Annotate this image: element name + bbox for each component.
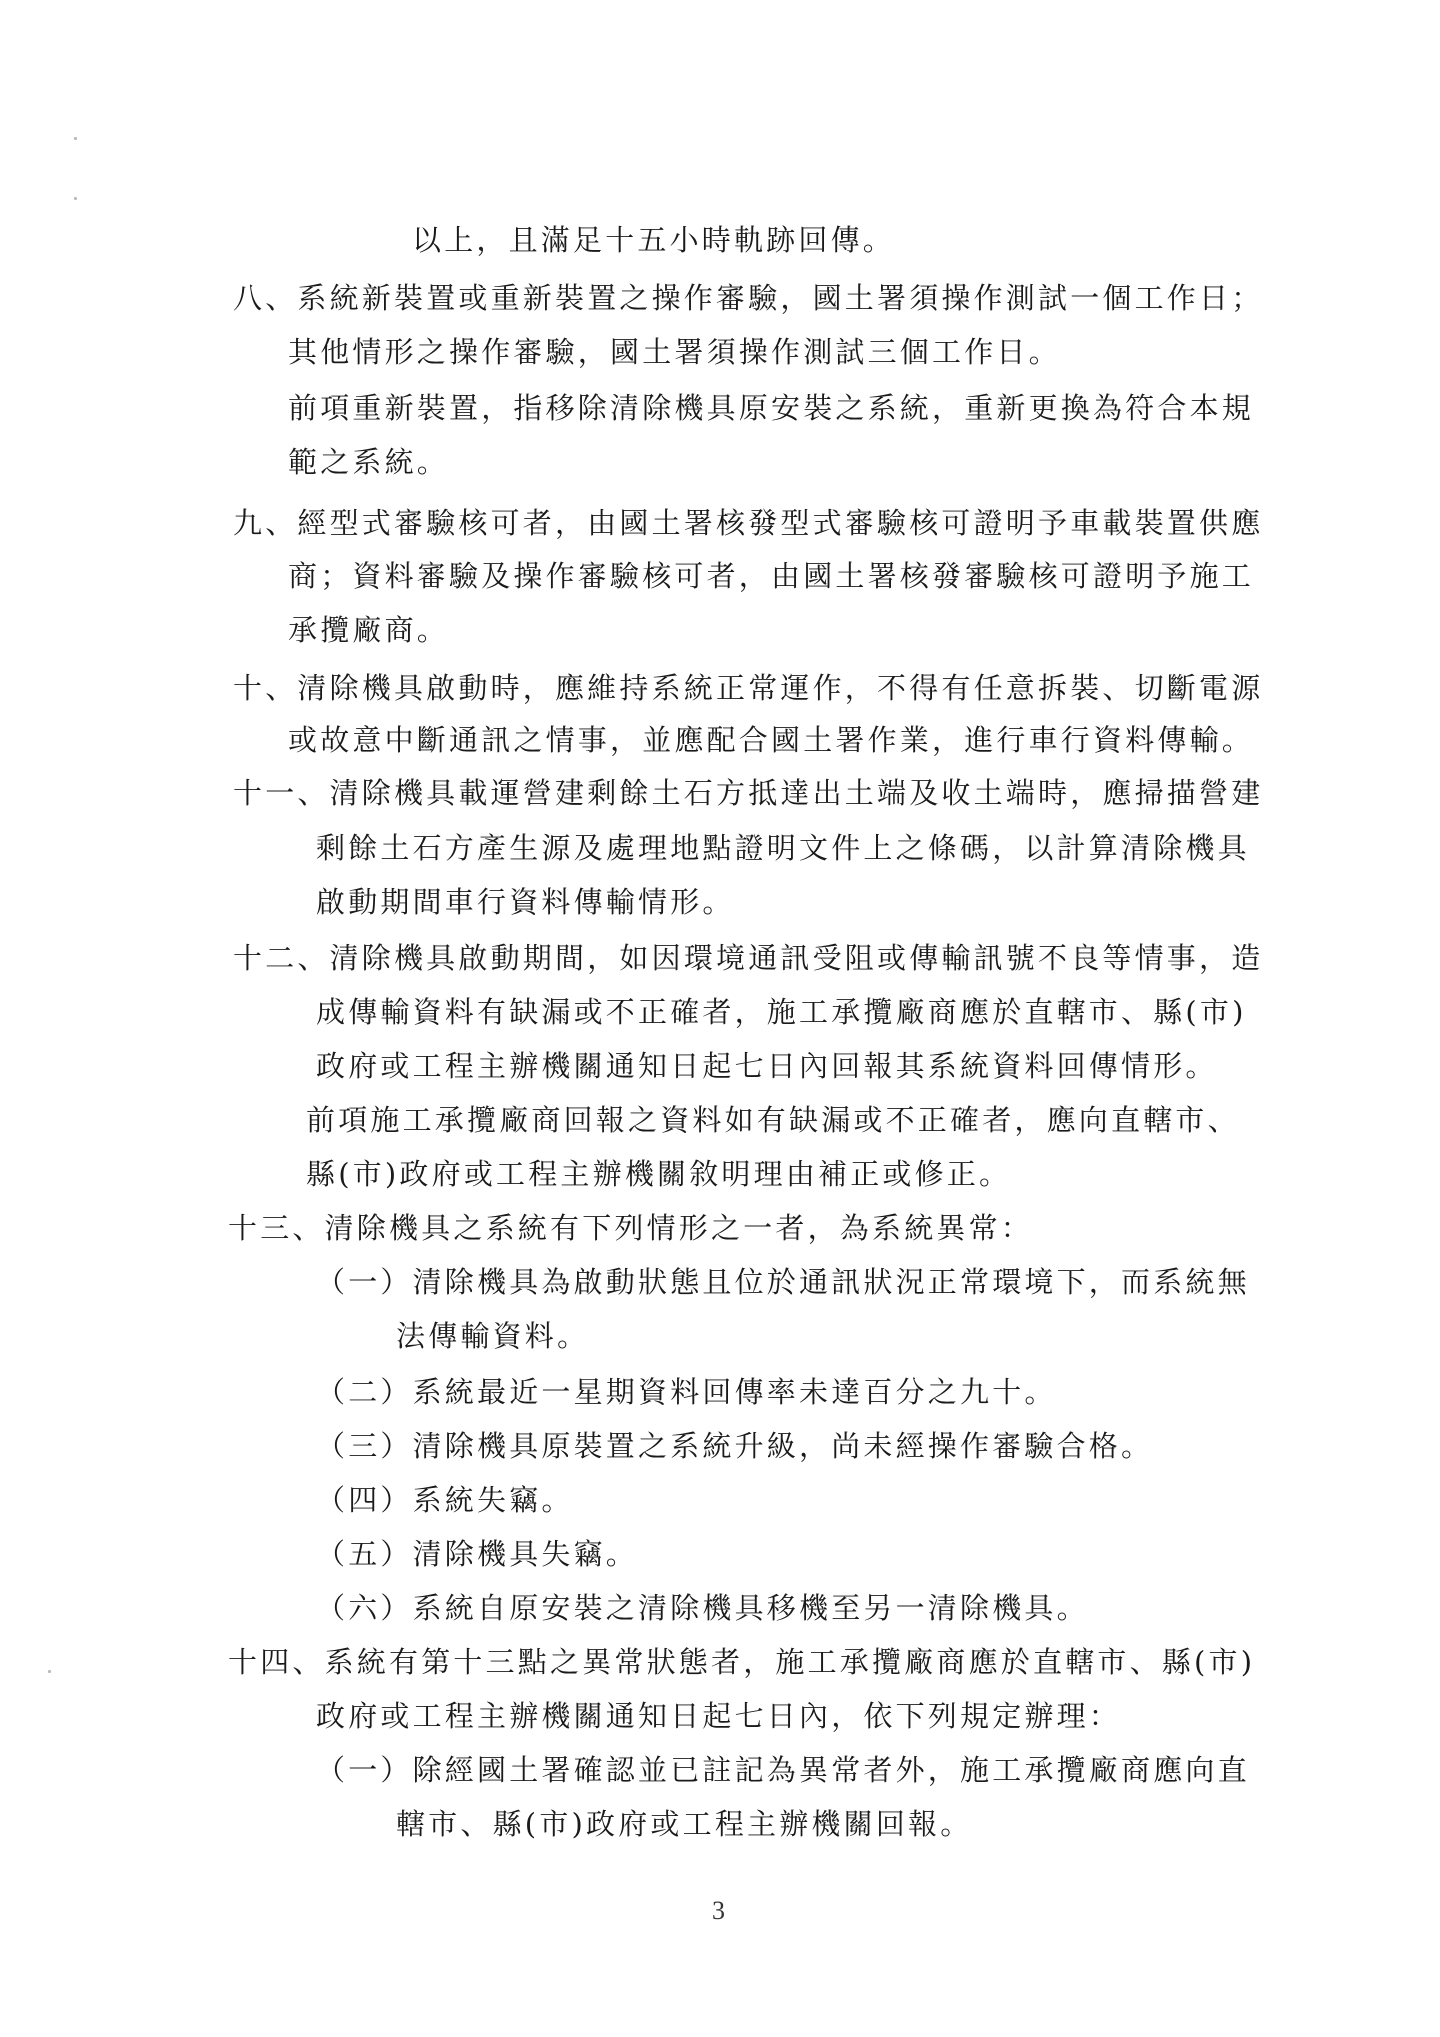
scan-speck	[74, 137, 77, 140]
text-line: 啟動期間車行資料傳輸情形。	[316, 884, 735, 920]
text-line: 或故意中斷通訊之情事，並應配合國土署作業，進行車行資料傳輸。	[288, 722, 1254, 758]
text-line: 政府或工程主辦機關通知日起七日內回報其系統資料回傳情形。	[316, 1048, 1218, 1084]
text-line: 十一、清除機具載運營建剩餘土石方抵達出土端及收土端時，應掃描營建	[233, 775, 1263, 811]
text-line: 縣(市)政府或工程主辦機關敘明理由補正或修正。	[306, 1156, 1011, 1192]
text-line: 範之系統。	[288, 444, 449, 480]
page-number: 3	[712, 1896, 725, 1926]
text-line: 十四、系統有第十三點之異常狀態者，施工承攬廠商應於直轄市、縣(市)	[228, 1644, 1255, 1680]
text-line: （五）清除機具失竊。	[316, 1536, 638, 1572]
document-page: 以上，且滿足十五小時軌跡回傳。八、系統新裝置或重新裝置之操作審驗，國土署須操作測…	[0, 0, 1440, 2037]
text-line: 政府或工程主辦機關通知日起七日內，依下列規定辦理：	[316, 1698, 1121, 1734]
text-line: 以上，且滿足十五小時軌跡回傳。	[412, 222, 895, 258]
text-line: （六）系統自原安裝之清除機具移機至另一清除機具。	[316, 1590, 1089, 1626]
text-line: 轄市、縣(市)政府或工程主辦機關回報。	[396, 1806, 972, 1842]
scan-speck	[74, 197, 77, 200]
text-line: 承攬廠商。	[288, 612, 449, 648]
text-line: 成傳輸資料有缺漏或不正確者，施工承攬廠商應於直轄市、縣(市)	[316, 994, 1247, 1030]
text-line: 其他情形之操作審驗，國土署須操作測試三個工作日。	[288, 334, 1061, 370]
text-line: 八、系統新裝置或重新裝置之操作審驗，國土署須操作測試一個工作日；	[233, 280, 1263, 316]
text-line: 剩餘土石方產生源及處理地點證明文件上之條碼，以計算清除機具	[316, 830, 1250, 866]
text-line: 十、清除機具啟動時，應維持系統正常運作，不得有任意拆裝、切斷電源	[233, 670, 1263, 706]
text-line: 前項施工承攬廠商回報之資料如有缺漏或不正確者，應向直轄市、	[306, 1102, 1240, 1138]
scan-speck	[48, 1670, 51, 1673]
text-line: （二）系統最近一星期資料回傳率未達百分之九十。	[316, 1374, 1057, 1410]
text-line: （三）清除機具原裝置之系統升級，尚未經操作審驗合格。	[316, 1428, 1153, 1464]
text-line: （一）除經國土署確認並已註記為異常者外，施工承攬廠商應向直	[316, 1752, 1250, 1788]
text-line: 十二、清除機具啟動期間，如因環境通訊受阻或傳輸訊號不良等情事，造	[233, 940, 1263, 976]
text-line: （一）清除機具為啟動狀態且位於通訊狀況正常環境下，而系統無	[316, 1264, 1250, 1300]
text-line: 十三、清除機具之系統有下列情形之一者，為系統異常：	[228, 1210, 1033, 1246]
text-line: （四）系統失竊。	[316, 1482, 574, 1518]
text-line: 法傳輸資料。	[396, 1318, 589, 1354]
text-line: 前項重新裝置，指移除清除機具原安裝之系統，重新更換為符合本規	[288, 390, 1254, 426]
text-line: 九、經型式審驗核可者，由國土署核發型式審驗核可證明予車載裝置供應	[233, 505, 1263, 541]
text-line: 商；資料審驗及操作審驗核可者，由國土署核發審驗核可證明予施工	[288, 558, 1254, 594]
